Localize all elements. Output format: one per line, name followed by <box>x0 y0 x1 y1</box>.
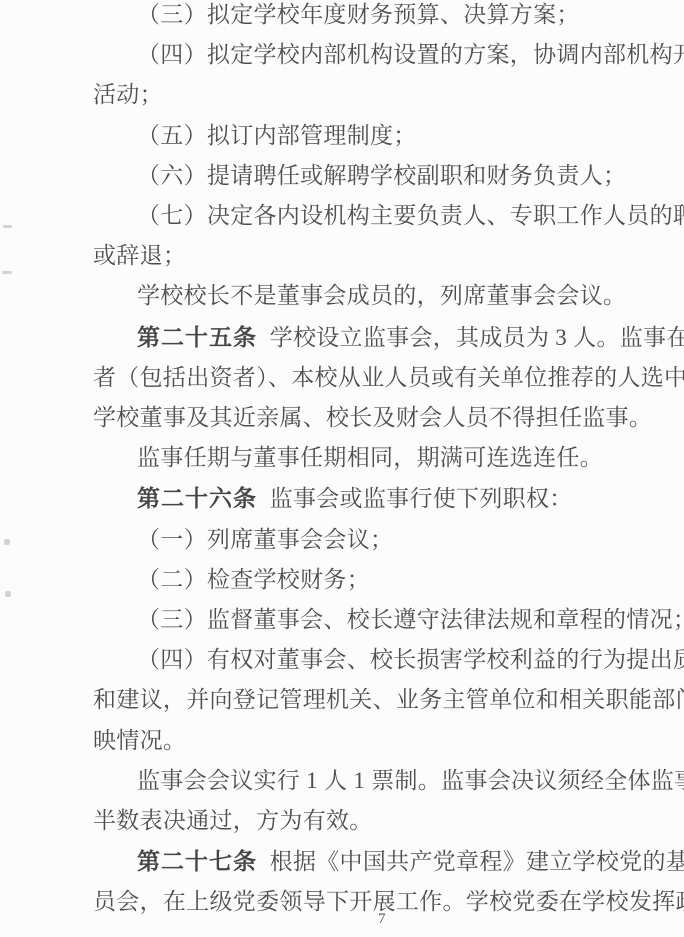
article-number: 第二十七条 <box>137 848 257 874</box>
scan-artifact <box>2 271 12 274</box>
scan-artifact <box>4 539 10 545</box>
text-line: 学校校长不是董事会成员的，列席董事会会议。 <box>93 276 684 316</box>
scan-artifact <box>3 225 12 228</box>
text-line: （六）提请聘任或解聘学校副职和财务负责人； <box>93 156 684 196</box>
text-line-article-26: 第二十六条监事会或监事行使下列职权： <box>93 478 684 519</box>
text-line: （三）拟定学校年度财务预算、决算方案； <box>93 0 684 35</box>
scan-artifact <box>5 591 11 597</box>
text-line: 监事任期与董事任期相同，期满可连选连任。 <box>93 438 684 478</box>
text-line: 和建议，并向登记管理机关、业务主管单位和相关职能部门反 <box>93 680 684 720</box>
text-line: （三）监督董事会、校长遵守法律法规和章程的情况； <box>93 600 684 640</box>
text-line-article-27: 第二十七条根据《中国共产党章程》建立学校党的基层委 <box>93 841 684 882</box>
text-line: （四）有权对董事会、校长损害学校利益的行为提出质询 <box>93 640 684 680</box>
page-body-text: （三）拟定学校年度财务预算、决算方案； （四）拟定学校内部机构设置的方案，协调内… <box>93 0 684 923</box>
text-line: （一）列席董事会会议； <box>93 520 684 560</box>
text-line: （五）拟订内部管理制度； <box>93 116 684 156</box>
text-line: 监事会会议实行 1 人 1 票制。监事会决议须经全体监事过 <box>93 761 684 801</box>
article-text: 根据《中国共产党章程》建立学校党的基层委 <box>270 849 684 874</box>
text-line: 员会，在上级党委领导下开展工作。学校党委在学校发挥政治 <box>93 882 684 922</box>
text-line: 学校董事及其近亲属、校长及财会人员不得担任监事。 <box>93 398 684 438</box>
text-line: 映情况。 <box>93 721 684 761</box>
text-line: 者（包括出资者）、本校从业人员或有关单位推荐的人选中产生。 <box>93 358 684 398</box>
page-number: 7 <box>378 911 386 928</box>
text-line: 活动； <box>93 75 684 115</box>
article-number: 第二十五条 <box>137 324 257 350</box>
article-text: 学校设立监事会，其成员为 3 人。监事在举办 <box>270 325 684 350</box>
article-number: 第二十六条 <box>137 485 257 511</box>
text-line: 半数表决通过，方为有效。 <box>93 801 684 841</box>
text-line: （二）检查学校财务； <box>93 560 684 600</box>
text-line: （四）拟定学校内部机构设置的方案，协调内部机构开展 <box>93 35 684 75</box>
document-page: （三）拟定学校年度财务预算、决算方案； （四）拟定学校内部机构设置的方案，协调内… <box>0 0 684 937</box>
text-line: （七）决定各内设机构主要负责人、专职工作人员的聘用 <box>93 196 684 236</box>
article-text: 监事会或监事行使下列职权： <box>270 486 573 511</box>
text-line: 或辞退； <box>93 236 684 276</box>
text-line-article-25: 第二十五条学校设立监事会，其成员为 3 人。监事在举办 <box>93 317 684 358</box>
